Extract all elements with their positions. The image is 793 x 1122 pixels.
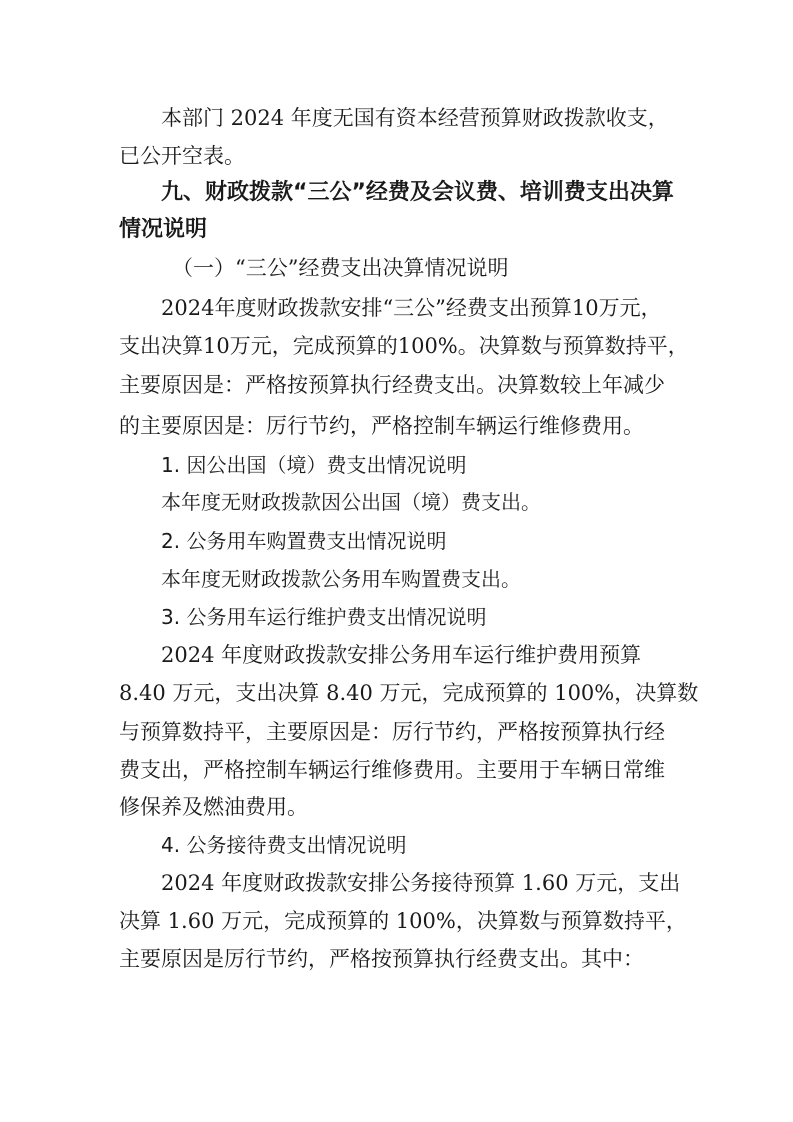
paragraph-line: 支出决算10万元，完成预算的100%。决算数与预算数持平，	[119, 331, 689, 361]
section-heading-line-2: 情况说明	[119, 215, 207, 245]
intro-line-2: 已公开空表。	[119, 141, 245, 171]
item-body-line: 8.40 万元，支出决算 8.40 万元，完成预算的 100%，决算数	[119, 678, 698, 708]
item-title-2: 2. 公务用车购置费支出情况说明	[161, 526, 446, 556]
paragraph-line: 2024年度财政拨款安排“三公”经费支出预算10万元，	[161, 293, 662, 323]
item-body-line: 修保养及燃油费用。	[119, 792, 308, 822]
item-title-3: 3. 公务用车运行维护费支出情况说明	[161, 602, 486, 632]
item-body-line: 主要原因是厉行节约，严格按预算执行经费支出。其中：	[119, 944, 644, 974]
paragraph-line: 主要原因是：严格按预算执行经费支出。决算数较上年减少	[119, 370, 665, 400]
item-title-1: 1. 因公出国（境）费支出情况说明	[161, 450, 466, 480]
section-heading-line-1: 九、财政拨款“三公”经费及会议费、培训费支出决算	[161, 178, 674, 208]
item-body-line: 费支出，严格控制车辆运行维修费用。主要用于车辆日常维	[119, 755, 665, 785]
item-body-line: 决算 1.60 万元，完成预算的 100%，决算数与预算数持平，	[119, 906, 687, 936]
item-title-4: 4. 公务接待费支出情况说明	[161, 830, 406, 860]
item-body-line: 本年度无财政拨款公务用车购置费支出。	[161, 564, 521, 594]
item-body-line: 与预算数持平，主要原因是：厉行节约，严格按预算执行经	[119, 717, 665, 747]
item-body-line: 本年度无财政拨款因公出国（境）费支出。	[161, 487, 541, 517]
subsection-title: （一）“三公”经费支出决算情况说明	[172, 253, 508, 283]
item-body-line: 2024 年度财政拨款安排公务接待预算 1.60 万元，支出	[161, 868, 680, 898]
paragraph-line: 的主要原因是：厉行节约，严格控制车辆运行维修费用。	[119, 411, 644, 441]
item-body-line: 2024 年度财政拨款安排公务用车运行维护费用预算	[161, 640, 641, 670]
intro-line-1: 本部门 2024 年度无国有资本经营预算财政拨款收支，	[161, 103, 669, 133]
